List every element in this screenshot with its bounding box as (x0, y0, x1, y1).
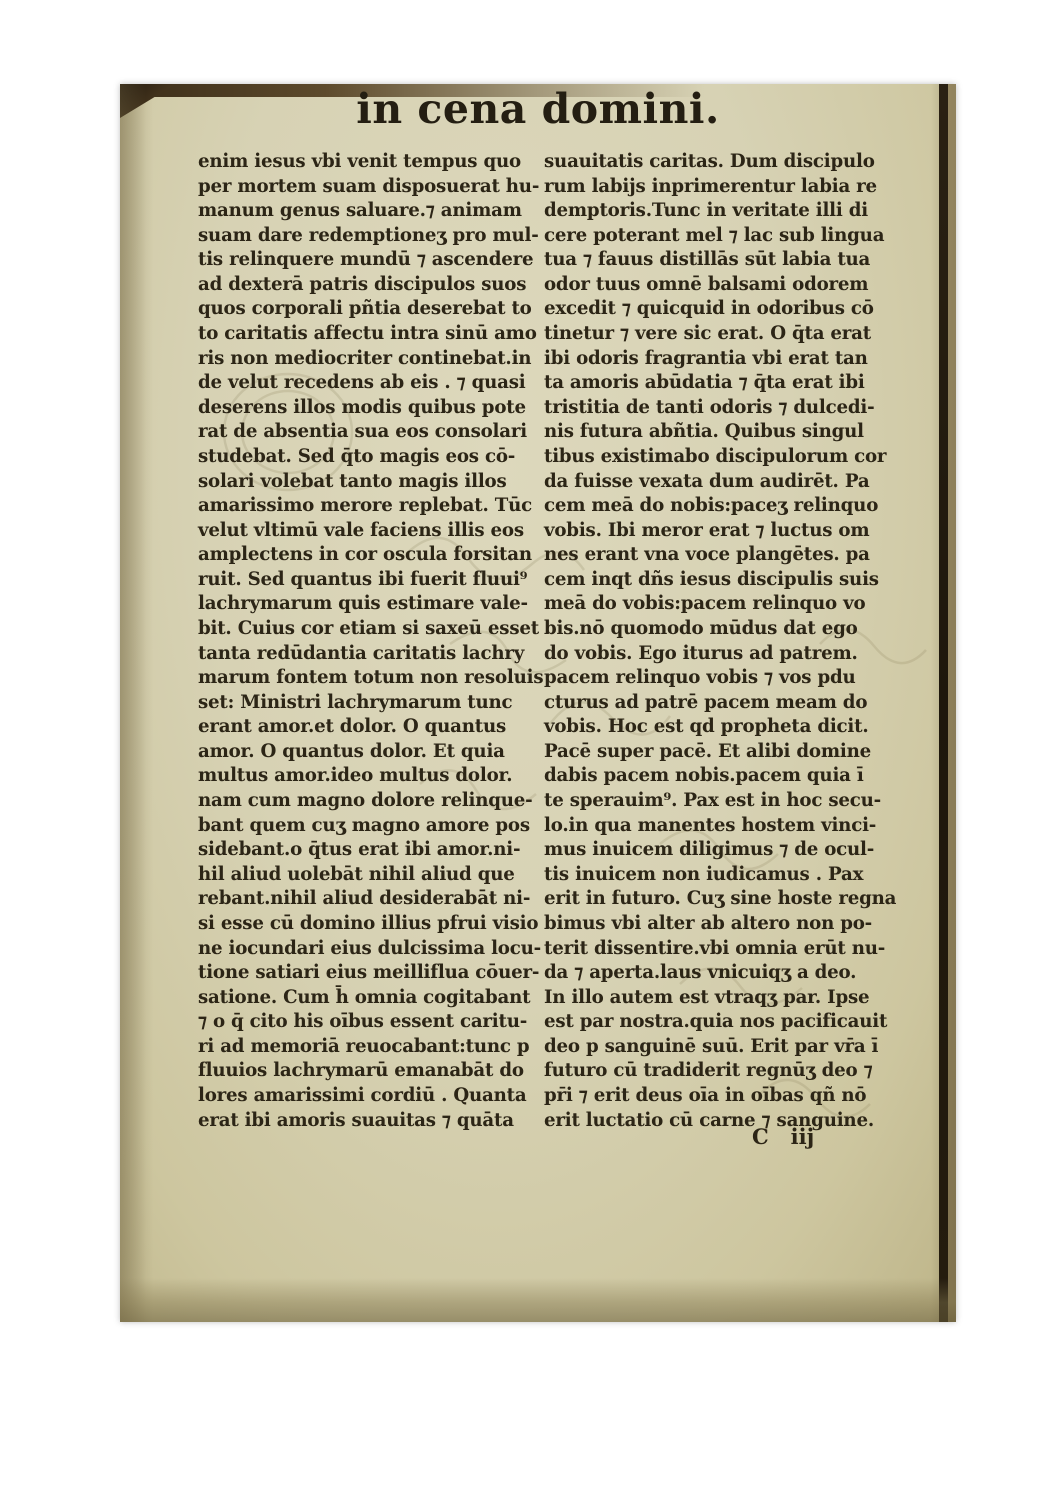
scanned-book-photo: in cena domini. enim iesus vbi venit tem… (0, 0, 1060, 1500)
text-line: In illo autem est vtraqʒ par. Ipse (544, 986, 894, 1011)
text-line: amor. O quantus dolor. Et quia (198, 740, 538, 765)
text-line: odor tuus omnē balsami odorem (544, 273, 894, 298)
text-line: amplectens in cor oscula forsitan (198, 543, 538, 568)
text-line: ⁊ o q̄ cito his oībus essent caritu- (198, 1010, 538, 1035)
text-line: erit luctatio cū carne ⁊ sanguine. (544, 1109, 894, 1134)
text-line: erant amor.et dolor. O quantus (198, 715, 538, 740)
text-line: tua ⁊ fauus distillās sūt labia tua (544, 248, 894, 273)
text-line: cere poterant mel ⁊ lac sub lingua (544, 224, 894, 249)
text-line: tis inuicem non iudicamus . Pax (544, 863, 894, 888)
text-line: vobis. Ibi meror erat ⁊ luctus om (544, 519, 894, 544)
text-line: da ⁊ aperta.laus vnicuiqʒ a deo. (544, 961, 894, 986)
text-line: lo.in qua manentes hostem vinci- (544, 814, 894, 839)
signature-mark: C iij (752, 1124, 814, 1149)
text-line: da fuisse vexata dum audirēt. Pa (544, 470, 894, 495)
text-line: te sperauim⁹. Pax est in hoc secu- (544, 789, 894, 814)
text-column-left: enim iesus vbi venit tempus quoper morte… (198, 150, 538, 1133)
text-line: ta amoris abūdatia ⁊ q̄ta erat ibi (544, 371, 894, 396)
text-line: de velut recedens ab eis . ⁊ quasi (198, 371, 538, 396)
text-line: multus amor.ideo multus dolor. (198, 764, 538, 789)
text-line: rebant.nihil aliud desiderabāt ni- (198, 887, 538, 912)
text-line: mus inuicem diligimus ⁊ de ocul- (544, 838, 894, 863)
text-line: amarissimo merore replebat. Tūc (198, 494, 538, 519)
text-line: tanta redūdantia caritatis lachry (198, 642, 538, 667)
text-line: satione. Cum h̄ omnia cogitabant (198, 986, 538, 1011)
text-line: futuro cū tradiderit regnūʒ deo ⁊ (544, 1059, 894, 1084)
page-title: in cena domini. (120, 85, 956, 133)
text-line: ruit. Sed quantus ibi fuerit fluui⁹ (198, 568, 538, 593)
text-line: sidebant.o q̄tus erat ibi amor.ni- (198, 838, 538, 863)
text-line: ibi odoris fragrantia vbi erat tan (544, 347, 894, 372)
text-line: solari volebat tanto magis illos (198, 470, 538, 495)
text-line: tinetur ⁊ vere sic erat. O q̄ta erat (544, 322, 894, 347)
text-line: rat de absentia sua eos consolari (198, 420, 538, 445)
text-line: vobis. Hoc est qd propheta dicit. (544, 715, 894, 740)
text-line: pacem relinquo vobis ⁊ vos pdu (544, 666, 894, 691)
text-line: manum genus saluare.⁊ animam (198, 199, 538, 224)
page-edge-right (939, 84, 948, 1322)
text-line: suam dare redemptioneʒ pro mul- (198, 224, 538, 249)
text-line: cem meā do nobis:paceʒ relinquo (544, 494, 894, 519)
text-line: ad dexterā patris discipulos suos (198, 273, 538, 298)
text-line: quos corporali pñtia deserebat to (198, 297, 538, 322)
text-line: to caritatis affectu intra sinū amo (198, 322, 538, 347)
page-edge-left (120, 84, 146, 1322)
text-line: set: Ministri lachrymarum tunc (198, 691, 538, 716)
text-line: nis futura abñtia. Quibus singul (544, 420, 894, 445)
scan-page: in cena domini. enim iesus vbi venit tem… (120, 84, 956, 1322)
page-edge-bottom (120, 1278, 956, 1322)
text-line: erit in futuro. Cuʒ sine hoste regna (544, 887, 894, 912)
text-column-right: suauitatis caritas. Dum discipulorum lab… (544, 150, 894, 1133)
text-line: terit dissentire.vbi omnia erūt nu- (544, 937, 894, 962)
text-line: tis relinquere mundū ⁊ ascendere (198, 248, 538, 273)
text-line: si esse cū domino illius pfrui visio (198, 912, 538, 937)
text-line: lachrymarum quis estimare vale- (198, 592, 538, 617)
text-line: ne iocundari eius dulcissima locu- (198, 937, 538, 962)
text-line: cturus ad patrē pacem meam do (544, 691, 894, 716)
text-line: Pacē super pacē. Et alibi domine (544, 740, 894, 765)
text-line: do vobis. Ego iturus ad patrem. (544, 642, 894, 667)
text-line: suauitatis caritas. Dum discipulo (544, 150, 894, 175)
text-line: velut vltimū vale faciens illis eos (198, 519, 538, 544)
text-line: excedit ⁊ quicquid in odoribus cō (544, 297, 894, 322)
text-line: deo p sanguinē suū. Erit par vr̄a ī (544, 1035, 894, 1060)
text-line: demptoris.Tunc in veritate illi di (544, 199, 894, 224)
text-line: nam cum magno dolore relinque- (198, 789, 538, 814)
text-line: tibus existimabo discipulorum cor (544, 445, 894, 470)
text-line: cem inqt dñs iesus discipulis suis (544, 568, 894, 593)
text-line: est par nostra.quia nos pacificauit (544, 1010, 894, 1035)
text-line: marum fontem totum non resoluis (198, 666, 538, 691)
text-line: studebat. Sed q̄to magis eos cō- (198, 445, 538, 470)
text-line: erat ibi amoris suauitas ⁊ quāta (198, 1109, 538, 1134)
text-line: nes erant vna voce plangētes. pa (544, 543, 894, 568)
text-line: tristitia de tanti odoris ⁊ dulcedi- (544, 396, 894, 421)
text-line: bimus vbi alter ab altero non po- (544, 912, 894, 937)
text-line: ris non mediocriter continebat.in (198, 347, 538, 372)
text-line: meā do vobis:pacem relinquo vo (544, 592, 894, 617)
text-line: ri ad memoriā reuocabant:tunc p (198, 1035, 538, 1060)
text-line: hil aliud uolebāt nihil aliud que (198, 863, 538, 888)
text-line: fluuios lachrymarū emanabāt do (198, 1059, 538, 1084)
text-line: bit. Cuius cor etiam si saxeū esset (198, 617, 538, 642)
text-line: lores amarissimi cordiū . Quanta (198, 1084, 538, 1109)
text-line: bis.nō quomodo mūdus dat ego (544, 617, 894, 642)
text-line: rum labijs inprimerentur labia re (544, 175, 894, 200)
text-line: per mortem suam disposuerat hu- (198, 175, 538, 200)
text-line: bant quem cuʒ magno amore pos (198, 814, 538, 839)
text-line: pr̄i ⁊ erit deus oīa in oības qñ nō (544, 1084, 894, 1109)
text-line: dabis pacem nobis.pacem quia ī (544, 764, 894, 789)
text-line: enim iesus vbi venit tempus quo (198, 150, 538, 175)
page-edge-right-outer (948, 84, 956, 1322)
text-line: deserens illos modis quibus pote (198, 396, 538, 421)
text-line: tione satiari eius meilliflua cōuer- (198, 961, 538, 986)
